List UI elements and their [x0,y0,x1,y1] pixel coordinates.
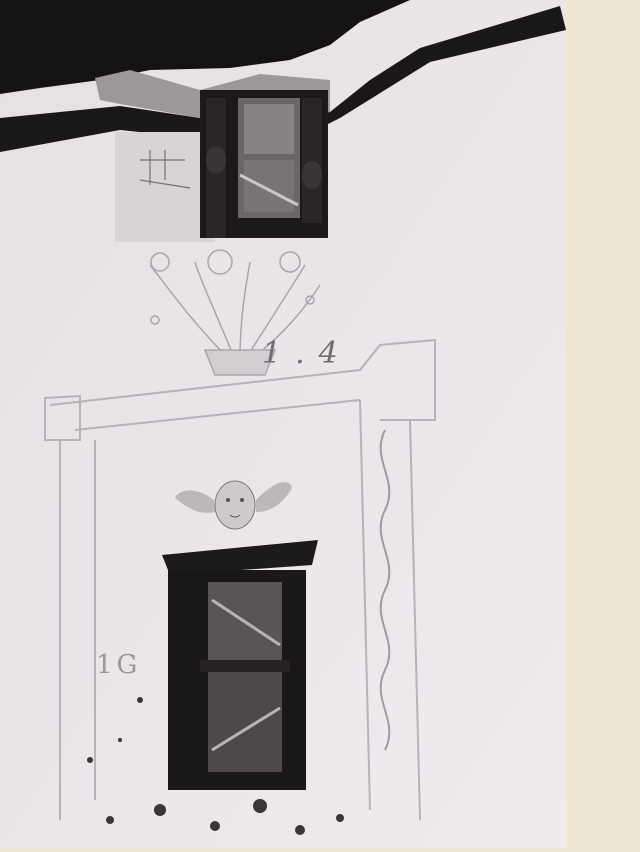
upper-window [200,90,328,238]
lower-window [162,540,318,790]
facade-photograph: 1.4 1G [0,0,566,848]
date-inscription: 1.4 [262,336,352,371]
facade-drawing [0,0,566,848]
lower-inscription: 1G [96,650,141,680]
